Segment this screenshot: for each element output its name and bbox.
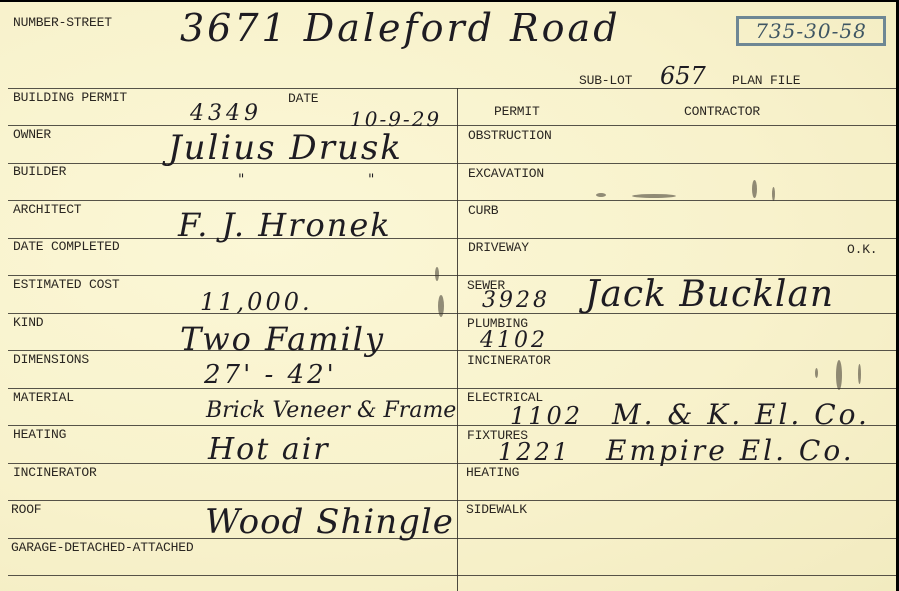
builder-ditto-2: " <box>368 172 374 188</box>
plumbing-permit: 4102 <box>480 328 548 353</box>
dimensions-value: 27' - 42' <box>204 360 337 390</box>
roof-value: Wood Shingle <box>205 502 454 542</box>
ink-smudge <box>752 180 757 198</box>
ink-smudge <box>772 187 775 201</box>
plan-file-label: PLAN FILE <box>732 73 800 88</box>
heating-right-label: HEATING <box>466 465 519 480</box>
ink-smudge <box>596 193 606 197</box>
row-divider <box>8 388 896 389</box>
row-divider <box>8 350 896 351</box>
row-divider <box>8 500 896 501</box>
building-permit-value: 4349 <box>190 101 262 126</box>
builder-label: BUILDER <box>13 164 66 179</box>
owner-label: OWNER <box>13 127 51 142</box>
material-label: MATERIAL <box>13 390 74 405</box>
row-divider <box>8 200 896 201</box>
building-permit-card: 735-30-58 NUMBER-STREET 3671 Daleford Ro… <box>0 2 896 591</box>
ink-smudge <box>815 368 818 378</box>
estimated-cost-label: ESTIMATED COST <box>13 277 119 292</box>
owner-value: Julius Drusk <box>168 128 403 168</box>
ink-smudge <box>836 360 842 390</box>
sub-lot-label: SUB-LOT <box>579 73 632 88</box>
driveway-note: O.K. <box>847 242 877 257</box>
obstruction-label: OBSTRUCTION <box>468 128 552 143</box>
kind-value: Two Family <box>180 320 385 358</box>
dimensions-label: DIMENSIONS <box>13 352 89 367</box>
incinerator-label: INCINERATOR <box>13 465 97 480</box>
sub-lot-value: 657 <box>660 62 706 90</box>
incinerator-right-label: INCINERATOR <box>467 353 551 368</box>
fixtures-permit: 1221 <box>498 438 571 466</box>
garage-label: GARAGE-DETACHED-ATTACHED <box>11 540 193 555</box>
row-divider <box>8 88 896 89</box>
material-value: Brick Veneer & Frame <box>206 398 456 423</box>
row-divider <box>8 575 896 576</box>
architect-label: ARCHITECT <box>13 202 81 217</box>
date-completed-label: DATE COMPLETED <box>13 239 119 254</box>
excavation-label: EXCAVATION <box>468 166 544 181</box>
number-street-value: 3671 Daleford Road <box>180 6 621 50</box>
kind-label: KIND <box>13 315 43 330</box>
heating-label: HEATING <box>13 427 66 442</box>
roof-label: ROOF <box>11 502 41 517</box>
sidewalk-label: SIDEWALK <box>466 502 527 517</box>
column-divider <box>457 88 458 591</box>
estimated-cost-value: 11,000. <box>200 288 313 316</box>
heating-value: Hot air <box>208 432 330 467</box>
file-number-stamp: 735-30-58 <box>736 16 886 46</box>
builder-value: " <box>238 172 244 188</box>
contractor-column-header: CONTRACTOR <box>684 104 760 119</box>
row-divider <box>8 163 896 164</box>
sewer-contractor: Jack Bucklan <box>585 274 834 315</box>
number-street-label: NUMBER-STREET <box>13 15 112 30</box>
ink-smudge <box>435 267 439 281</box>
sewer-permit: 3928 <box>482 288 550 313</box>
electrical-permit: 1102 <box>510 402 583 430</box>
curb-label: CURB <box>468 203 498 218</box>
ink-smudge <box>858 364 861 384</box>
ink-smudge <box>632 194 676 198</box>
electrical-contractor: M. & K. El. Co. <box>612 398 870 431</box>
driveway-label: DRIVEWAY <box>468 240 529 255</box>
fixtures-contractor: Empire El. Co. <box>606 434 855 467</box>
architect-value: F. J. Hronek <box>178 206 392 244</box>
row-divider <box>8 238 896 239</box>
permit-column-header: PERMIT <box>494 104 540 119</box>
ink-smudge <box>438 295 444 317</box>
row-divider <box>8 125 896 126</box>
building-permit-label: BUILDING PERMIT <box>13 90 127 105</box>
date-label: DATE <box>288 91 318 106</box>
